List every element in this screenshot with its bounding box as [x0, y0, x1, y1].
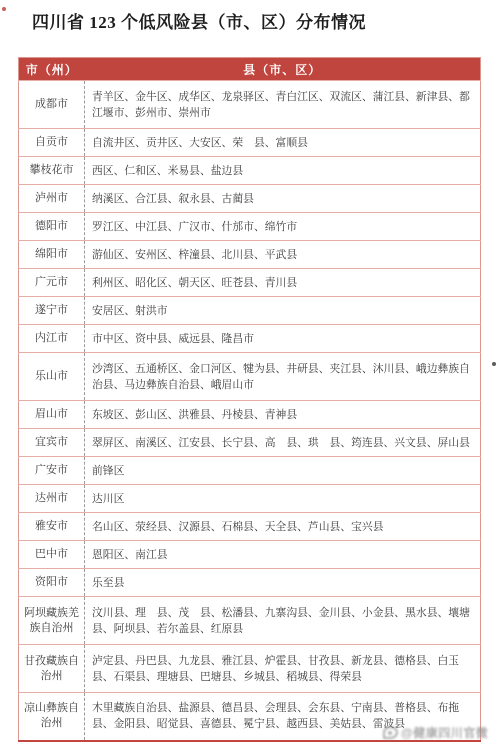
county-cell: 游仙区、安州区、梓潼县、北川县、平武县 [85, 241, 481, 269]
table-row: 眉山市 东坡区、彭山区、洪雅县、丹棱县、青神县 [19, 401, 481, 429]
city-cell: 乐山市 [19, 353, 85, 401]
table-row: 甘孜藏族自 治州 泸定县、丹巴县、九龙县、雅江县、炉霍县、甘孜县、新龙县、德格县… [19, 645, 481, 693]
city-cell: 巴中市 [19, 541, 85, 569]
table-row: 雅安市 名山区、荥经县、汉源县、石棉县、天全县、芦山县、宝兴县 [19, 513, 481, 541]
table-row: 资阳市 乐至县 [19, 569, 481, 597]
city-cell: 达州市 [19, 485, 85, 513]
weibo-logo-icon [383, 726, 398, 739]
city-cell: 凉山彝族自 治州 [19, 693, 85, 741]
county-cell: 泸定县、丹巴县、九龙县、雅江县、炉霍县、甘孜县、新龙县、德格县、白玉县、石渠县、… [85, 645, 481, 693]
county-cell: 青羊区、金牛区、成华区、龙泉驿区、青白江区、双流区、蒲江县、新津县、都江堰市、彭… [85, 81, 481, 129]
county-cell: 纳溪区、合江县、叙永县、古蔺县 [85, 185, 481, 213]
city-cell: 绵阳市 [19, 241, 85, 269]
table-row: 巴中市 恩阳区、南江县 [19, 541, 481, 569]
watermark: @健康四川官微 [383, 724, 488, 741]
county-cell: 达川区 [85, 485, 481, 513]
city-cell: 眉山市 [19, 401, 85, 429]
county-cell: 汶川县、理 县、茂 县、松潘县、九寨沟县、金川县、小金县、黑水县、壤塘县、阿坝县… [85, 597, 481, 645]
county-cell: 自流井区、贡井区、大安区、荣 县、富顺县 [85, 129, 481, 157]
city-cell: 雅安市 [19, 513, 85, 541]
county-cell: 名山区、荥经县、汉源县、石棉县、天全县、芦山县、宝兴县 [85, 513, 481, 541]
city-cell: 泸州市 [19, 185, 85, 213]
table-row: 广安市 前锋区 [19, 457, 481, 485]
city-cell: 宜宾市 [19, 429, 85, 457]
dot-artifact [492, 362, 496, 366]
county-cell: 乐至县 [85, 569, 481, 597]
city-cell: 资阳市 [19, 569, 85, 597]
column-header-city: 市（州） [19, 58, 85, 81]
county-cell: 利州区、昭化区、朝天区、旺苍县、青川县 [85, 269, 481, 297]
city-cell: 攀枝花市 [19, 157, 85, 185]
table-row: 遂宁市 安居区、射洪市 [19, 297, 481, 325]
city-cell: 阿坝藏族羌 族自治州 [19, 597, 85, 645]
city-cell: 甘孜藏族自 治州 [19, 645, 85, 693]
city-cell: 内江市 [19, 325, 85, 353]
county-cell: 沙湾区、五通桥区、金口河区、犍为县、井研县、夹江县、沐川县、峨边彝族自治县、马边… [85, 353, 481, 401]
table-row: 绵阳市 游仙区、安州区、梓潼县、北川县、平武县 [19, 241, 481, 269]
city-cell: 遂宁市 [19, 297, 85, 325]
table-row: 泸州市 纳溪区、合江县、叙永县、古蔺县 [19, 185, 481, 213]
table-row: 德阳市 罗江区、中江县、广汉市、什邡市、绵竹市 [19, 213, 481, 241]
red-dot-artifact [2, 7, 6, 11]
county-cell: 翠屏区、南溪区、江安县、长宁县、高 县、珙 县、筠连县、兴文县、屏山县 [85, 429, 481, 457]
county-cell: 前锋区 [85, 457, 481, 485]
county-cell: 西区、仁和区、米易县、盐边县 [85, 157, 481, 185]
table-row: 宜宾市 翠屏区、南溪区、江安县、长宁县、高 县、珙 县、筠连县、兴文县、屏山县 [19, 429, 481, 457]
column-header-county: 县（市、区） [85, 58, 481, 81]
county-cell: 恩阳区、南江县 [85, 541, 481, 569]
city-cell: 广安市 [19, 457, 85, 485]
watermark-text: @健康四川官微 [401, 724, 488, 741]
table-row: 乐山市 沙湾区、五通桥区、金口河区、犍为县、井研县、夹江县、沐川县、峨边彝族自治… [19, 353, 481, 401]
table-row: 达州市 达川区 [19, 485, 481, 513]
table-row: 阿坝藏族羌 族自治州 汶川县、理 县、茂 县、松潘县、九寨沟县、金川县、小金县、… [19, 597, 481, 645]
city-cell: 成都市 [19, 81, 85, 129]
city-cell: 自贡市 [19, 129, 85, 157]
distribution-table: 市（州） 县（市、区） 成都市 青羊区、金牛区、成华区、龙泉驿区、青白江区、双流… [18, 57, 481, 742]
county-cell: 安居区、射洪市 [85, 297, 481, 325]
table-row: 广元市 利州区、昭化区、朝天区、旺苍县、青川县 [19, 269, 481, 297]
city-cell: 德阳市 [19, 213, 85, 241]
table-row: 成都市 青羊区、金牛区、成华区、龙泉驿区、青白江区、双流区、蒲江县、新津县、都江… [19, 81, 481, 129]
county-cell: 市中区、资中县、威远县、隆昌市 [85, 325, 481, 353]
county-cell: 东坡区、彭山区、洪雅县、丹棱县、青神县 [85, 401, 481, 429]
page-title: 四川省 123 个低风险县（市、区）分布情况 [32, 8, 366, 33]
page: { "title": "四川省 123 个低风险县（市、区）分布情况", "ta… [0, 0, 500, 752]
table-row: 攀枝花市 西区、仁和区、米易县、盐边县 [19, 157, 481, 185]
city-cell: 广元市 [19, 269, 85, 297]
table-header-row: 市（州） 县（市、区） [19, 58, 481, 81]
county-cell: 罗江区、中江县、广汉市、什邡市、绵竹市 [85, 213, 481, 241]
table-row: 内江市 市中区、资中县、威远县、隆昌市 [19, 325, 481, 353]
table-row: 自贡市 自流井区、贡井区、大安区、荣 县、富顺县 [19, 129, 481, 157]
